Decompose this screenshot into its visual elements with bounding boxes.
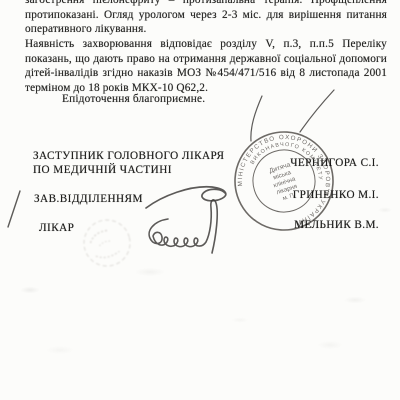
faint-stamp-impression: [77, 213, 137, 273]
hospital-round-stamp: МІНІСТЕРСТВО ОХОРОНИ ЗДОРОВ'Я УКРАЇНИ ВИ…: [214, 111, 354, 251]
signature-doctor: [149, 200, 217, 253]
faint-stamp-arc-top: [88, 230, 109, 243]
scanned-document-page: загострення пієлонефриту – протизапальна…: [0, 0, 400, 400]
faint-stamp-center-mark: [99, 240, 111, 245]
faint-stamp-arc-bottom: [96, 250, 120, 259]
pen-slash-mark: [8, 191, 20, 227]
faint-stamp-ring: [79, 215, 135, 271]
